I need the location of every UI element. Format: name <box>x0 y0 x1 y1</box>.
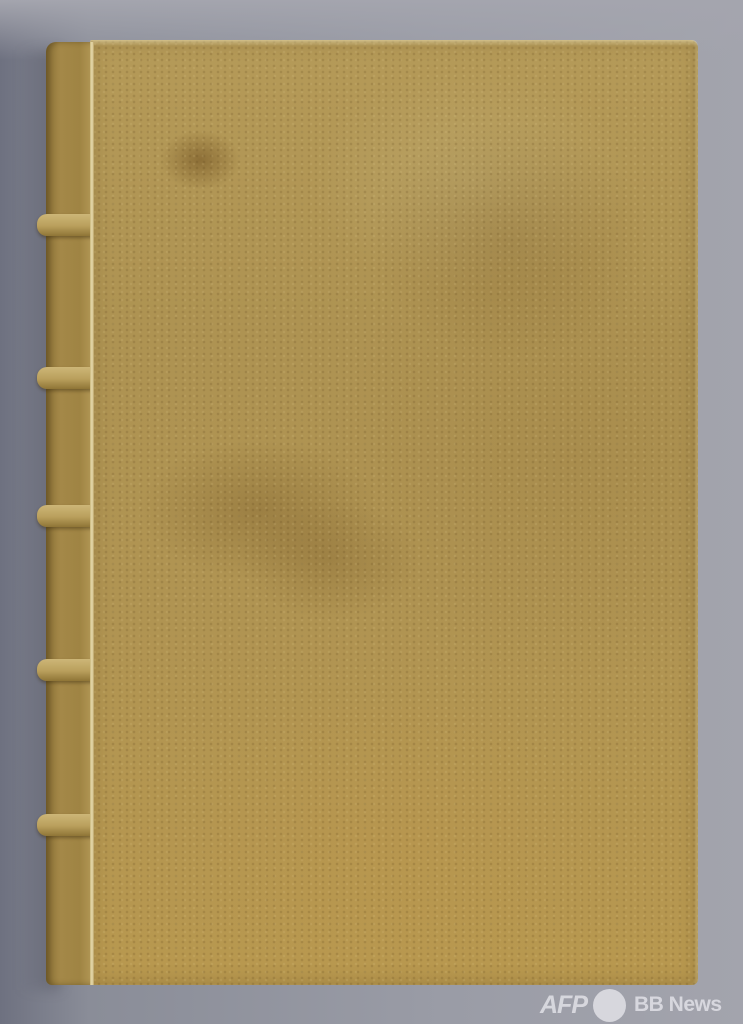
leather-grain-texture <box>90 40 698 985</box>
cover-top-edge <box>90 40 698 46</box>
spine-raised-band-5 <box>37 814 95 836</box>
spine-raised-band-2 <box>37 367 95 389</box>
spine-joint <box>90 42 94 985</box>
watermark-circle-icon <box>593 989 626 1022</box>
afpbb-watermark: AFP BB News <box>540 988 722 1022</box>
spine-raised-band-1 <box>37 214 95 236</box>
book-front-cover <box>90 40 698 985</box>
watermark-brand: AFP <box>540 991 587 1020</box>
watermark-suffix: BB News <box>634 993 722 1017</box>
spine-raised-band-3 <box>37 505 95 527</box>
spine-raised-band-4 <box>37 659 95 681</box>
